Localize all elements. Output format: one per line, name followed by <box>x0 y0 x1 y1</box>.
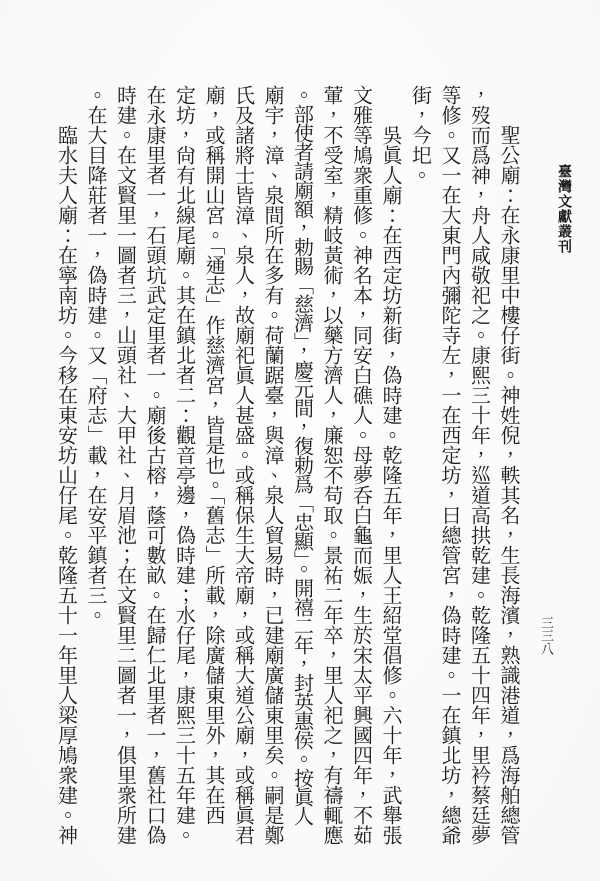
text-column: 。部使者請廟額，勅賜「慈濟」，慶元間，復勅爲「忠顯」。開禧二年，封英惠侯。按眞人 <box>286 85 316 877</box>
text-column: 聖公廟：在永康里中樓仔街。神姓倪，軼其名，生長海濱，熟識港道，爲海舶總管 <box>493 85 523 877</box>
text-column: 廟，或稱開山宮。「通志」作慈濟宮，皆是也。「舊志」所載，除廣儲東里外，其在西 <box>198 85 228 877</box>
text-column: 時建。在文賢里一圖者三，山頭社、大甲社、月眉池；在文賢里二圖者一，俱里衆所建 <box>109 85 139 877</box>
text-column: 街，今圯。 <box>404 85 434 877</box>
text-column: ，歿而爲神，舟人咸敬祀之。康熙三十年，巡道高拱乾建。乾隆五十四年，里衿蔡廷夢 <box>463 85 493 877</box>
series-title: 臺灣文獻叢刊 <box>553 164 573 254</box>
text-column: 文雅等鳩衆重修。神名本，同安白礁人。母夢呑白龜而娠，生於宋太平興國四年，不茹 <box>345 85 375 877</box>
text-column: 在永康里者一，石頭坑武定里者一。廟後古榕，蔭可數畝。在歸仁北里者一，舊社口偽 <box>139 85 169 877</box>
text-column: 。在大目降莊者一，偽時建。又「府志」載，在安平鎮者三。 <box>80 85 110 877</box>
book-page: 臺灣文獻叢刊 三三八 聖公廟：在永康里中樓仔街。神姓倪，軼其名，生長海濱，熟識港… <box>0 0 600 881</box>
page-number: 三三八 <box>537 616 556 655</box>
text-column: 定坊，尙有北線尾廟。其在鎮北者二：觀音亭邊，偽時建；水仔尾，康熙三十五年建。 <box>168 85 198 877</box>
text-column: 吳眞人廟：在西定坊新街，偽時建。乾隆五年，里人王紹堂倡修。六十年，武舉張 <box>375 85 405 877</box>
text-column: 廟宇，漳、泉間所在多有。荷蘭踞臺，與漳、泉人貿易時，已建廟廣儲東里矣。嗣是鄭 <box>257 85 287 877</box>
text-column: 葷，不受室，精岐黃術，以藥方濟人，廉恕不苟取。景祐二年卒，里人祀之，有禱輒應 <box>316 85 346 877</box>
text-column: 臨水夫人廟：在寧南坊。今移在東安坊山仔尾。乾隆五十一年里人梁厚鳩衆建。神 <box>50 85 80 877</box>
text-column: 氏及諸將士皆漳、泉人，故廟祀眞人甚盛。或稱保生大帝廟，或稱大道公廟，或稱眞君 <box>227 85 257 877</box>
text-column: 等修。又一在大東門內彌陀寺左，一在西定坊，曰總管宮，偽時建。一在鎮北坊，總爺 <box>434 85 464 877</box>
text-block: 聖公廟：在永康里中樓仔街。神姓倪，軼其名，生長海濱，熟識港道，爲海舶總管，歿而爲… <box>50 85 522 877</box>
